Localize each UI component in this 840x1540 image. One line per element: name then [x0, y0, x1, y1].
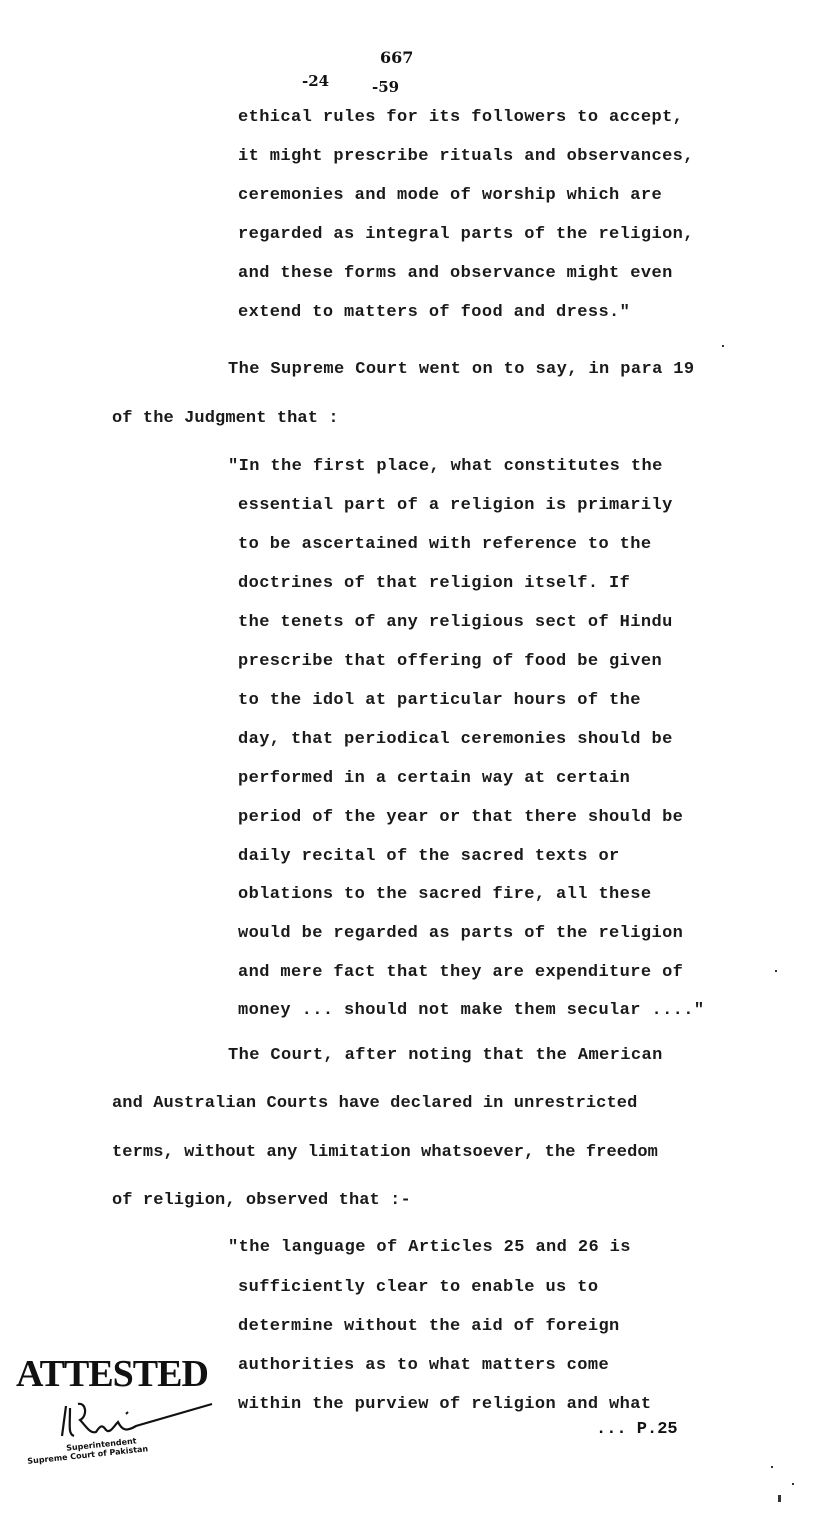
text-line: period of the year or that there should …: [238, 808, 683, 827]
text-line: money ... should not make them secular .…: [238, 1001, 704, 1020]
text-line: and mere fact that they are expenditure …: [238, 963, 683, 982]
text-line: and Australian Courts have declared in u…: [112, 1094, 637, 1113]
text-line: within the purview of religion and what: [238, 1395, 651, 1414]
text-line: The Court, after noting that the America…: [228, 1046, 663, 1065]
handwritten-mark: -24: [302, 72, 329, 90]
text-line: extend to matters of food and dress.": [238, 303, 630, 322]
text-line: to the idol at particular hours of the: [238, 691, 641, 710]
text-line: to be ascertained with reference to the: [238, 535, 651, 554]
text-line: oblations to the sacred fire, all these: [238, 885, 651, 904]
text-line: "the language of Articles 25 and 26 is: [228, 1238, 631, 1257]
continuation-marker: ... P.25: [596, 1420, 678, 1439]
text-line: the tenets of any religious sect of Hind…: [238, 613, 673, 632]
text-line: of religion, observed that :-: [112, 1191, 411, 1210]
text-line: it might prescribe rituals and observanc…: [238, 147, 694, 166]
text-line: prescribe that offering of food be given: [238, 652, 662, 671]
document-page: 667 -24 -59 ethical rules for its follow…: [0, 0, 840, 1540]
text-line: essential part of a religion is primaril…: [238, 496, 673, 515]
text-line: day, that periodical ceremonies should b…: [238, 730, 673, 749]
page-number: 667: [380, 48, 413, 67]
stamp-title: ATTESTED: [16, 1352, 208, 1396]
text-line: of the Judgment that :: [112, 409, 339, 428]
text-line: The Supreme Court went on to say, in par…: [228, 360, 694, 379]
text-line: daily recital of the sacred texts or: [238, 847, 620, 866]
text-line: ceremonies and mode of worship which are: [238, 186, 662, 205]
text-line: sufficiently clear to enable us to: [238, 1278, 598, 1297]
text-line: doctrines of that religion itself. If: [238, 574, 630, 593]
text-line: and these forms and observance might eve…: [238, 264, 673, 283]
attested-stamp: ATTESTED Superintendent Supreme Court of…: [16, 1352, 216, 1482]
handwritten-mark: -59: [372, 78, 399, 96]
text-line: "In the first place, what constitutes th…: [228, 457, 663, 476]
text-line: ethical rules for its followers to accep…: [238, 108, 683, 127]
text-line: authorities as to what matters come: [238, 1356, 609, 1375]
text-line: performed in a certain way at certain: [238, 769, 630, 788]
text-line: would be regarded as parts of the religi…: [238, 924, 683, 943]
text-line: terms, without any limitation whatsoever…: [112, 1143, 658, 1162]
text-line: determine without the aid of foreign: [238, 1317, 620, 1336]
text-line: regarded as integral parts of the religi…: [238, 225, 694, 244]
